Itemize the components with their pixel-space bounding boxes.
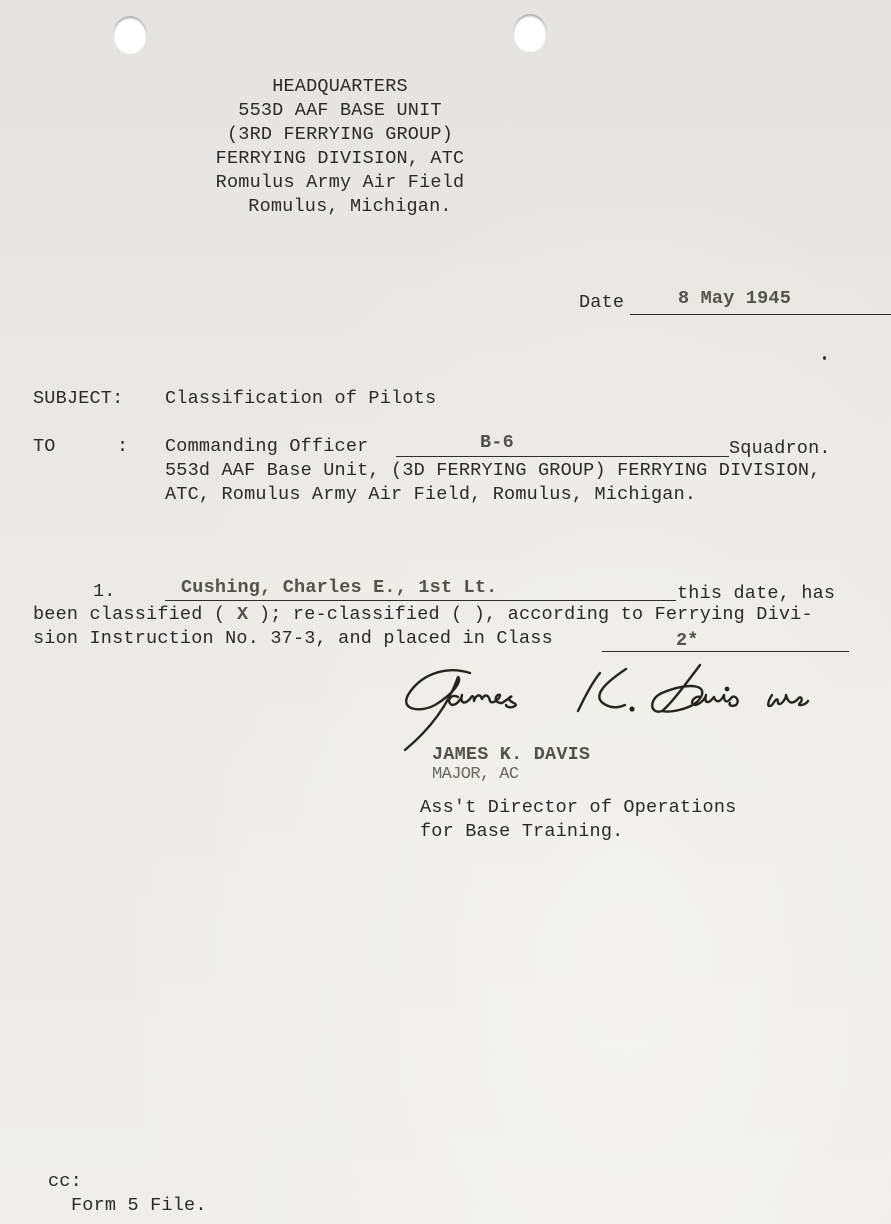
letterhead-line: (3RD FERRYING GROUP) [190,123,490,147]
letterhead-line: HEADQUARTERS [190,75,490,99]
paragraph-text: been classified ( [33,603,225,627]
to-address-line: ATC, Romulus Army Air Field, Romulus, Mi… [165,483,696,507]
letterhead-line: FERRYING DIVISION, ATC [190,147,490,171]
date-underline [630,314,891,315]
subject-value: Classification of Pilots [165,387,436,411]
classified-mark: X [237,603,248,627]
paragraph-text: ); re-classified ( ), according to Ferry… [259,603,813,627]
handwritten-signature [400,655,830,755]
squadron-value: B-6 [480,431,514,455]
date-label: Date [579,291,624,315]
document-page: HEADQUARTERS 553D AAF BASE UNIT (3RD FER… [0,0,891,1224]
to-recipient-prefix: Commanding Officer [165,435,368,459]
signer-title: Ass't Director of Operations [420,796,736,820]
letterhead-line: 553D AAF BASE UNIT [190,99,490,123]
punch-hole [513,14,547,52]
pilot-name: Cushing, Charles E., 1st Lt. [181,576,497,600]
punch-hole [113,16,147,54]
paragraph-number: 1. [93,580,116,604]
subject-label: SUBJECT: [33,387,123,411]
class-underline [602,651,849,652]
cc-recipient: Form 5 File. [71,1194,207,1218]
signer-title: for Base Training. [420,820,623,844]
cc-label: cc: [48,1170,82,1194]
letterhead-line: Romulus Army Air Field [190,171,490,195]
letterhead-line: Romulus, Michigan. [200,195,500,219]
signer-rank: MAJOR, AC [432,763,518,787]
squadron-underline [396,456,729,457]
class-value: 2* [676,629,699,653]
paragraph-text: sion Instruction No. 37-3, and placed in… [33,627,553,651]
to-address-line: 553d AAF Base Unit, (3D FERRYING GROUP) … [165,459,821,483]
pilot-name-underline [165,600,676,601]
date-value: 8 May 1945 [678,287,791,311]
to-colon: : [117,435,128,459]
ink-speck [823,356,826,360]
to-label: TO [33,435,56,459]
squadron-suffix: Squadron. [729,437,831,461]
